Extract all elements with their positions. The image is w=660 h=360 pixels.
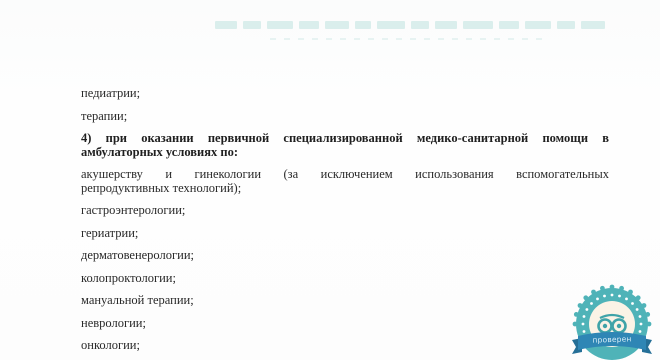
document-body: педиатрии; терапии; 4) при оказании перв… [81,86,609,360]
list-item: неврологии; [81,316,609,330]
section-heading-line-2: амбулаторных условиях по: [81,145,609,159]
document-page: педиатрии; терапии; 4) при оказании перв… [0,0,660,360]
list-item: терапии; [81,109,609,123]
section-heading-4: 4) при оказании первичной специализирова… [81,131,609,159]
list-item: гериатрии; [81,226,609,240]
badge-ribbon-label: проверен [590,334,634,345]
list-item: гастроэнтерологии; [81,203,609,217]
list-item: мануальной терапии; [81,293,609,307]
verified-badge: проверен [568,282,656,360]
list-item-obstetrics: акушерству и гинекологии (за исключением… [81,167,609,195]
section-heading-line-1: 4) при оказании первичной специализирова… [81,131,609,145]
badge-seal-icon [568,282,656,360]
list-item-line-2: репродуктивных технологий); [81,181,609,195]
faded-subheader-watermark [270,38,550,40]
list-item: дерматовенерологии; [81,248,609,262]
list-item-line-1: акушерству и гинекологии (за исключением… [81,167,609,181]
faded-header-watermark [215,18,605,32]
list-item: онкологии; [81,338,609,352]
list-item: педиатрии; [81,86,609,100]
list-item: колопроктологии; [81,271,609,285]
